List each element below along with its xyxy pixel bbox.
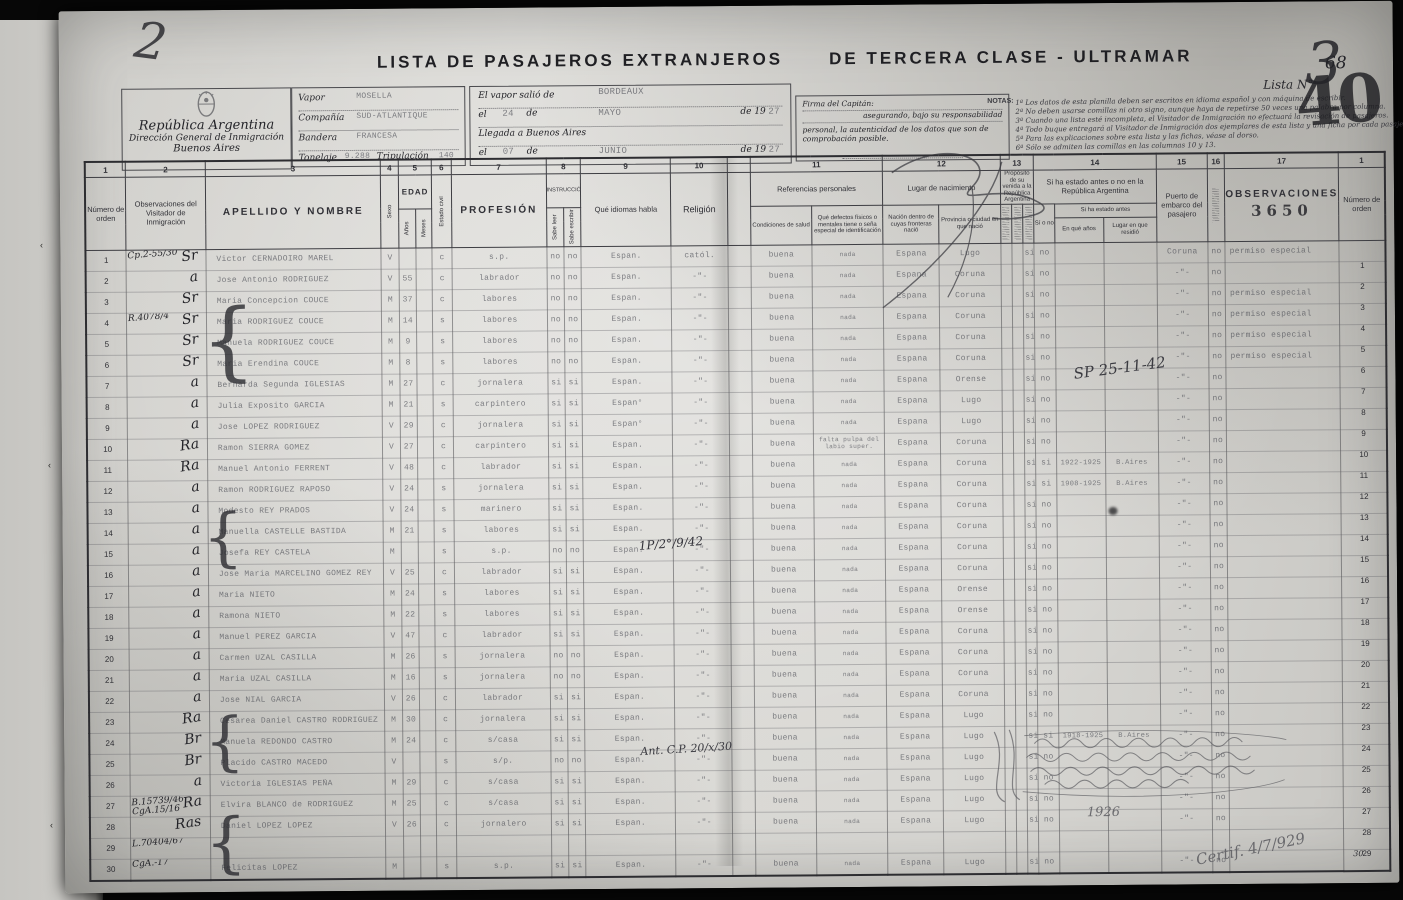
observations-cell: permiso especial: [1226, 304, 1340, 326]
header-meses: Meses: [416, 209, 433, 248]
observations-cell: permiso especial: [1225, 283, 1339, 305]
reads-cell: si: [549, 604, 567, 625]
purpose-sub2-cell: [1014, 579, 1025, 600]
health-cell: buena: [754, 623, 815, 644]
purpose-sub1-cell: [1002, 390, 1013, 411]
order-number-cell: 30: [90, 859, 131, 881]
age-months-cell: [420, 815, 436, 836]
religion-cell: -"-: [673, 476, 730, 497]
header-instruccion: INSTRUCCIÓN: [546, 174, 581, 208]
years-resided-cell: [1057, 600, 1106, 621]
observations-cell: [1227, 472, 1341, 494]
visitador-observation-cell: Ra: [128, 460, 208, 482]
writes-cell: si: [565, 373, 583, 394]
header-idiomas: Qué idiomas habla: [581, 173, 671, 247]
order-number-cell: 23: [89, 712, 130, 733]
age-months-cell: [419, 689, 435, 710]
embark-port-cell: -"-: [1157, 326, 1208, 347]
observation-code: L.70404/67: [132, 838, 184, 850]
reads-cell: si: [548, 394, 566, 415]
purpose-mark-cell: si: [1026, 579, 1037, 600]
col16-cell: no: [1211, 620, 1229, 641]
age-years-cell: 25: [403, 794, 421, 815]
observation-mark: a: [191, 670, 202, 685]
trailing-order-number: 30: [1353, 849, 1363, 858]
header-nacion: Nación dentro de cuyas fronteras nació: [883, 205, 939, 244]
purpose-sub2-cell: [1012, 285, 1023, 306]
reads-cell: no: [547, 289, 565, 310]
fold-cell: [731, 623, 754, 644]
purpose-sub1-cell: [1004, 642, 1015, 663]
reads-cell: si: [548, 373, 566, 394]
reads-cell: si: [550, 625, 568, 646]
age-years-cell: 8: [399, 353, 417, 374]
years-resided-cell: [1056, 432, 1105, 453]
header-proposito-sub1-scribble: [1000, 204, 1012, 243]
writes-cell: si: [566, 457, 584, 478]
age-years-cell: 14: [399, 311, 417, 332]
reads-cell: si: [548, 478, 566, 499]
age-years-cell: 21: [401, 521, 419, 542]
nation-cell: Espana: [887, 664, 943, 685]
age-years-cell: 47: [402, 626, 420, 647]
embark-port-cell: -"-: [1157, 284, 1208, 305]
health-cell: [755, 833, 816, 854]
observations-cell: [1226, 409, 1340, 431]
age-years-cell: 16: [402, 668, 420, 689]
col16-cell: no: [1209, 431, 1227, 452]
purpose-sub2-cell: [1013, 348, 1024, 369]
province-cell: Coruna: [942, 537, 1003, 558]
been-before-cell: no: [1037, 537, 1058, 558]
civil-status-cell: s: [434, 521, 454, 542]
place-resided-cell: [1106, 536, 1159, 557]
health-cell: buena: [751, 266, 812, 287]
observation-code: R.4078/4: [128, 313, 170, 325]
age-months-cell: [417, 395, 433, 416]
reads-cell: si: [551, 856, 569, 878]
observation-mark: a: [191, 628, 202, 643]
header-lugar-residio: Lugar en que residió: [1103, 217, 1156, 243]
purpose-mark-cell: si: [1025, 474, 1036, 495]
observations-cell: [1227, 430, 1341, 452]
years-resided-cell: [1057, 558, 1106, 579]
fold-cell: [729, 287, 752, 308]
civil-status-cell: c: [435, 626, 455, 647]
religion-cell: -"-: [673, 497, 730, 518]
fold-cell: [731, 581, 754, 602]
sex-cell: M: [385, 668, 403, 689]
visitador-observation-cell: a: [128, 481, 208, 503]
order-number-cell: 12: [87, 481, 128, 502]
health-cell: buena: [752, 371, 813, 392]
profession-cell: s/p.: [456, 751, 551, 773]
religion-cell: -"-: [672, 392, 729, 413]
nation-cell: Espana: [885, 496, 941, 517]
col-num-9: 9: [581, 157, 671, 173]
years-resided-cell: [1055, 264, 1104, 285]
reads-cell: no: [551, 751, 569, 772]
sex-cell: V: [384, 626, 402, 647]
passenger-name-cell: Maria NIETO: [208, 584, 384, 606]
fold-cell: [732, 728, 755, 749]
religion-cell: -"-: [672, 308, 729, 329]
visitador-observation-cell: Br: [130, 733, 210, 755]
nation-cell: Espana: [888, 811, 944, 832]
defects-cell: nada: [814, 580, 886, 602]
header-condiciones-salud: Condiciones de salud: [750, 206, 812, 245]
observations-cell: [1227, 514, 1341, 536]
writes-cell: no: [567, 667, 585, 688]
profession-cell: s.p.: [456, 856, 551, 878]
llegada-label: Llegada a Buenos Aires: [478, 128, 586, 139]
place-resided-cell: [1105, 431, 1158, 452]
observations-cell: [1227, 535, 1341, 557]
firma-label: Firma del Capitán:: [802, 99, 874, 109]
purpose-sub1-cell: [1001, 348, 1012, 369]
health-cell: buena: [752, 476, 813, 497]
purpose-sub1-cell: [1003, 558, 1014, 579]
visitador-observation-cell: Ra: [128, 439, 208, 461]
nation-cell: Espana: [885, 475, 941, 496]
religion-cell: -"-: [674, 644, 731, 665]
language-cell: Espan.: [583, 477, 673, 499]
col-num-right: 1: [1339, 152, 1385, 168]
col-num-6: 6: [432, 159, 451, 175]
observations-cell: permiso especial: [1225, 241, 1339, 263]
visitador-observation-cell: R.4078/4 Sr: [127, 313, 207, 335]
header-defectos: Qué defectos físicos o mentales tiene o …: [812, 205, 884, 245]
col-num-1: 1: [85, 162, 126, 178]
language-cell: [586, 834, 676, 856]
passenger-name-cell: Manuel Antonio FERRENT: [207, 458, 383, 480]
purpose-mark-cell: si: [1025, 432, 1036, 453]
purpose-sub2-cell: [1012, 306, 1023, 327]
embark-port-cell: -"-: [1159, 557, 1210, 578]
profession-cell: marinero: [454, 499, 549, 521]
order-number-right-cell: 26: [1344, 780, 1390, 801]
province-cell: Lugo: [941, 390, 1002, 411]
civil-status-cell: s: [435, 584, 455, 605]
nation-cell: Espana: [887, 748, 943, 769]
profession-cell: labrador: [455, 625, 550, 647]
visitador-observation-cell: a: [128, 523, 208, 545]
col16-cell: no: [1210, 578, 1228, 599]
passenger-name-cell: Ramon SIERRA GOMEZ: [207, 437, 383, 459]
visitador-observation-cell: a: [130, 775, 210, 797]
sex-cell: M: [385, 731, 403, 752]
order-number-cell: 8: [87, 397, 128, 418]
health-cell: buena: [751, 350, 812, 371]
col16-cell: no: [1208, 284, 1226, 305]
been-before-cell: no: [1036, 411, 1057, 432]
civil-status-cell: [437, 836, 457, 857]
salio-puerto: BORDEAUX: [598, 87, 644, 97]
purpose-sub2-cell: [1014, 537, 1025, 558]
age-months-cell: [420, 794, 436, 815]
purpose-mark-cell: si: [1026, 684, 1037, 705]
health-cell: buena: [753, 539, 814, 560]
purpose-sub1-cell: [1002, 369, 1013, 390]
purpose-mark-cell: si: [1024, 327, 1035, 348]
religion-cell: -"-: [673, 434, 730, 455]
profession-cell: jornalera: [454, 478, 549, 500]
age-months-cell: [417, 353, 433, 374]
been-before-cell: no: [1035, 390, 1056, 411]
defects-cell: nada: [812, 307, 884, 329]
purpose-mark-cell: si: [1024, 390, 1035, 411]
observation-mark: Ra: [181, 712, 202, 728]
sex-cell: M: [384, 584, 402, 605]
col16-cell: no: [1208, 263, 1226, 284]
purpose-sub2-cell: [1016, 831, 1027, 852]
language-cell: Espan.: [583, 435, 673, 457]
civil-status-cell: s: [436, 668, 456, 689]
language-cell: Espan.: [582, 330, 672, 352]
llegada-anio: 27: [769, 145, 780, 155]
defects-cell: nada: [815, 622, 887, 644]
language-cell: Espan.: [585, 687, 675, 709]
sex-cell: V: [385, 689, 403, 710]
age-months-cell: [416, 269, 432, 290]
place-resided-cell: [1108, 830, 1161, 851]
salio-mes: MAYO: [598, 108, 621, 118]
writes-cell: no: [564, 268, 582, 289]
age-months-cell: [418, 458, 434, 479]
observation-mark: a: [191, 607, 202, 622]
language-cell: Espan.: [585, 666, 675, 688]
passenger-name-cell: Ramon RODRIGUEZ RAPOSO: [208, 479, 384, 501]
years-resided-cell: [1058, 663, 1107, 684]
defects-cell: falta pulpa del labio super.: [813, 433, 885, 455]
passenger-list-page: LISTA DE PASAJEROS EXTRANJEROSDE TERCERA…: [59, 1, 1400, 893]
compania-value: SUD-ATLANTIQUE: [356, 111, 427, 121]
fold-cell: [729, 308, 752, 329]
ship-details-box: VaporMOSELLA CompañíaSUD-ATLANTIQUE Band…: [291, 86, 466, 167]
sex-cell: M: [382, 290, 400, 311]
age-years-cell: 27: [400, 437, 418, 458]
language-cell: Espan.: [585, 708, 675, 730]
order-number-right-cell: 23: [1343, 717, 1389, 738]
province-cell: Lugo: [944, 810, 1005, 831]
embark-port-cell: -"-: [1160, 662, 1211, 683]
embark-port-cell: -"-: [1160, 620, 1211, 641]
purpose-sub1-cell: [1003, 600, 1014, 621]
defects-cell: nada: [814, 538, 886, 560]
civil-status-cell: s: [435, 542, 455, 563]
been-before-cell: no: [1037, 600, 1058, 621]
nation-cell: Espana: [884, 286, 940, 307]
fold-cell: [732, 791, 755, 812]
embark-port-cell: -"-: [1160, 599, 1211, 620]
sex-cell: M: [385, 710, 403, 731]
fold-cell: [731, 665, 754, 686]
defects-cell: [816, 832, 888, 854]
years-resided-cell: [1057, 537, 1106, 558]
observation-mark: Sr: [180, 292, 198, 308]
order-number-right-cell: 2: [1340, 276, 1386, 297]
el-label2: el: [479, 148, 487, 158]
col16-cell: no: [1209, 389, 1227, 410]
order-number-right-cell: 12: [1341, 486, 1387, 507]
civil-status-cell: c: [436, 731, 456, 752]
years-resided-cell: [1058, 642, 1107, 663]
nation-cell: Espana: [886, 622, 942, 643]
been-before-cell: no: [1039, 810, 1060, 831]
observations-cell: [1228, 577, 1342, 599]
purpose-mark-cell: si: [1024, 369, 1035, 390]
de19-label1: de 19: [740, 107, 765, 117]
sex-cell: V: [385, 752, 403, 773]
handwritten-number-over-stamp: 3: [1305, 29, 1342, 97]
col-num-16: 16: [1207, 153, 1224, 169]
de19-label2: de 19: [741, 145, 766, 155]
header-sexo: Sexo: [381, 175, 399, 248]
health-cell: buena: [753, 497, 814, 518]
writes-cell: no: [565, 331, 583, 352]
age-years-cell: [401, 542, 419, 563]
embark-port-cell: -"-: [1158, 452, 1209, 473]
nation-cell: Espana: [886, 601, 942, 622]
purpose-sub1-cell: [1001, 264, 1012, 285]
purpose-mark-cell: si: [1026, 558, 1037, 579]
fold-cell: [733, 833, 756, 854]
fold-cell: [730, 518, 753, 539]
age-years-cell: 26: [402, 647, 420, 668]
health-cell: buena: [754, 707, 815, 728]
age-years-cell: [403, 836, 421, 857]
profession-cell: s/casa: [456, 730, 551, 752]
observation-mark: Br: [183, 754, 202, 770]
order-number-cell: 17: [88, 586, 129, 607]
civil-status-cell: c: [434, 437, 454, 458]
col-num-13: 13: [1000, 155, 1034, 171]
writes-cell: si: [566, 520, 584, 541]
nation-cell: Espana: [888, 853, 944, 875]
sex-cell: [386, 836, 404, 857]
observations-cell: [1227, 451, 1341, 473]
language-cell: Espan.: [581, 267, 671, 289]
defects-cell: nada: [815, 685, 887, 707]
order-number-right-cell: 18: [1342, 612, 1388, 633]
language-cell: Espan.: [582, 351, 672, 373]
purpose-sub2-cell: [1013, 453, 1024, 474]
order-number-right-cell: 1: [1339, 255, 1385, 276]
profession-cell: labores: [452, 289, 547, 311]
purpose-sub1-cell: [1002, 453, 1013, 474]
language-cell: Espan.: [584, 624, 674, 646]
header-edad: EDAD: [398, 175, 432, 209]
family-brace-rows-13-15: {: [202, 506, 243, 570]
years-resided-cell: [1055, 327, 1104, 348]
purpose-mark-cell: si: [1026, 663, 1037, 684]
header-sabe-escribir: Sabe escribir: [564, 208, 582, 247]
reads-cell: no: [547, 268, 565, 289]
place-resided-cell: [1105, 389, 1158, 410]
nation-cell: Espana: [886, 580, 942, 601]
civil-status-cell: c: [432, 269, 452, 290]
writes-cell: si: [568, 793, 586, 814]
purpose-sub2-cell: [1012, 243, 1023, 264]
sex-cell: M: [384, 605, 402, 626]
header-religion: Religión: [671, 173, 729, 246]
observation-mark: a: [189, 376, 200, 391]
writes-cell: si: [565, 415, 583, 436]
purpose-sub2-cell: [1015, 684, 1026, 705]
col16-cell: no: [1211, 662, 1229, 683]
purpose-sub2-cell: [1015, 663, 1026, 684]
province-cell: Coruna: [942, 516, 1003, 537]
age-months-cell: [417, 374, 433, 395]
age-years-cell: 21: [400, 395, 418, 416]
language-cell: Espan.: [584, 582, 674, 604]
purpose-sub1-cell: [1003, 495, 1014, 516]
embark-port-cell: -"-: [1161, 809, 1212, 830]
embark-port-cell: -"-: [1160, 641, 1211, 662]
sex-cell: M: [385, 773, 403, 794]
province-cell: Coruna: [941, 474, 1002, 495]
col16-cell: no: [1211, 683, 1229, 704]
header-referencias: Referencias personales: [750, 171, 883, 206]
religion-cell: catól.: [671, 245, 728, 266]
province-cell: Lugo: [941, 411, 1002, 432]
observation-mark: a: [189, 418, 200, 433]
col16-cell: no: [1210, 473, 1228, 494]
language-cell: Espan.: [586, 813, 676, 835]
language-cell: Espan.: [586, 855, 676, 877]
religion-cell: -"-: [671, 266, 728, 287]
order-number-cell: 28: [90, 817, 131, 838]
province-cell: Coruna: [943, 684, 1004, 705]
defects-cell: nada: [813, 412, 885, 434]
language-cell: Espan.: [581, 246, 671, 268]
sex-cell: V: [383, 458, 401, 479]
fold-cell: [729, 371, 752, 392]
place-resided-cell: [1105, 410, 1158, 431]
sex-cell: V: [383, 500, 401, 521]
observations-cell: [1230, 808, 1344, 830]
been-before-cell: no: [1035, 285, 1056, 306]
age-months-cell: [420, 752, 436, 773]
header-lugar-nacimiento: Lugar de nacimiento: [883, 170, 1001, 205]
years-resided-cell: [1059, 831, 1108, 852]
visitador-observation-cell: a: [128, 418, 208, 440]
observations-cell: permiso especial: [1226, 346, 1340, 368]
observations-cell: [1226, 367, 1340, 389]
fold-column: [728, 172, 751, 245]
religion-cell: -"-: [676, 812, 733, 833]
purpose-mark-cell: si: [1023, 243, 1034, 264]
age-years-cell: 25: [401, 563, 419, 584]
visitador-observation-cell: a: [129, 607, 209, 629]
embark-port-cell: -"-: [1158, 389, 1209, 410]
observaciones-stamp-number: 3650: [1225, 202, 1338, 221]
place-resided-cell: [1106, 599, 1159, 620]
visitador-observation-cell: a: [129, 544, 209, 566]
order-number-right-cell: 14: [1342, 528, 1388, 549]
order-number-right-cell: 6: [1340, 360, 1386, 381]
civil-status-cell: s: [433, 395, 453, 416]
writes-cell: si: [567, 604, 585, 625]
embark-port-cell: -"-: [1157, 263, 1208, 284]
order-number-cell: 20: [89, 649, 130, 670]
observation-mark: Sr: [181, 355, 199, 371]
sex-cell: M: [383, 521, 401, 542]
reads-cell: si: [550, 709, 568, 730]
writes-cell: no: [566, 541, 584, 562]
purpose-sub1-cell: [1004, 621, 1015, 642]
age-years-cell: 55: [399, 269, 417, 290]
